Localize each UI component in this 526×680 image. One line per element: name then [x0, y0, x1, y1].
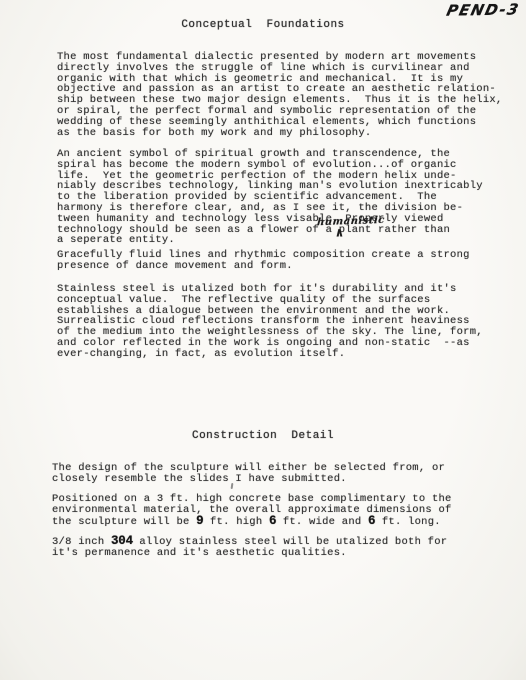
text-line: as the basis for both my work and my phi…	[57, 128, 502, 139]
section-title-conceptual-foundations: Conceptual Foundations	[0, 19, 526, 31]
insertion-caret-icon: ∧	[335, 227, 344, 239]
paragraph-alloy: 3/8 inch 304 alloy stainless steel will …	[52, 536, 447, 559]
paragraph-fluid-lines: Gracefully fluid lines and rhythmic comp…	[57, 250, 470, 272]
text-line: presence of dance movement and form.	[57, 261, 470, 272]
text-line: wedding of these seemingly anthithical e…	[57, 117, 502, 128]
text-segment: the sculpture will be	[52, 516, 196, 528]
stray-ink-mark	[231, 483, 234, 489]
text-line: technology should be seen as a flower of…	[57, 224, 450, 236]
section-title-construction-detail: Construction Detail	[0, 430, 526, 442]
scan-speck	[74, 117, 76, 119]
paragraph-dialectic: The most fundamental dialectic presented…	[57, 52, 502, 138]
paragraph-dimensions: Positioned on a 3 ft. high concrete base…	[52, 494, 452, 527]
text-line: a seperate entity.	[57, 235, 483, 246]
document-page: PEND-3 Conceptual Foundations The most f…	[0, 0, 526, 680]
paragraph-design-selection: The design of the sculpture will either …	[52, 463, 445, 485]
text-line: it's permanence and it's aesthetic quali…	[52, 548, 447, 559]
dimensions-line: the sculpture will be 9 ft. high 6 ft. w…	[52, 516, 452, 528]
handwritten-page-label: PEND-3	[445, 0, 522, 19]
text-line: ever-changing, in fact, as evolution its…	[57, 349, 483, 360]
text-segment: ft. long.	[375, 516, 441, 528]
text-segment: ft. wide and	[276, 516, 368, 528]
text-line: closely resemble the slides I have submi…	[52, 474, 445, 485]
overwritten-alloy-number: 304	[111, 534, 133, 548]
text-line: environmental material, the overall appr…	[52, 505, 452, 516]
text-segment: ft. high	[203, 516, 269, 528]
text-line: spiral has become the modern symbol of e…	[57, 160, 483, 171]
handwritten-insertion-word: humanistic	[317, 215, 385, 227]
text-line-with-insertion: technology should be seen as a flower of…	[57, 225, 483, 236]
text-line: directly involves the struggle of line w…	[57, 63, 502, 74]
paragraph-spiral-symbol: An ancient symbol of spiritual growth an…	[57, 149, 483, 246]
paragraph-stainless-steel: Stainless steel is utalized both for it'…	[57, 284, 483, 360]
text-line: conceptual value. The reflective quality…	[57, 295, 483, 306]
